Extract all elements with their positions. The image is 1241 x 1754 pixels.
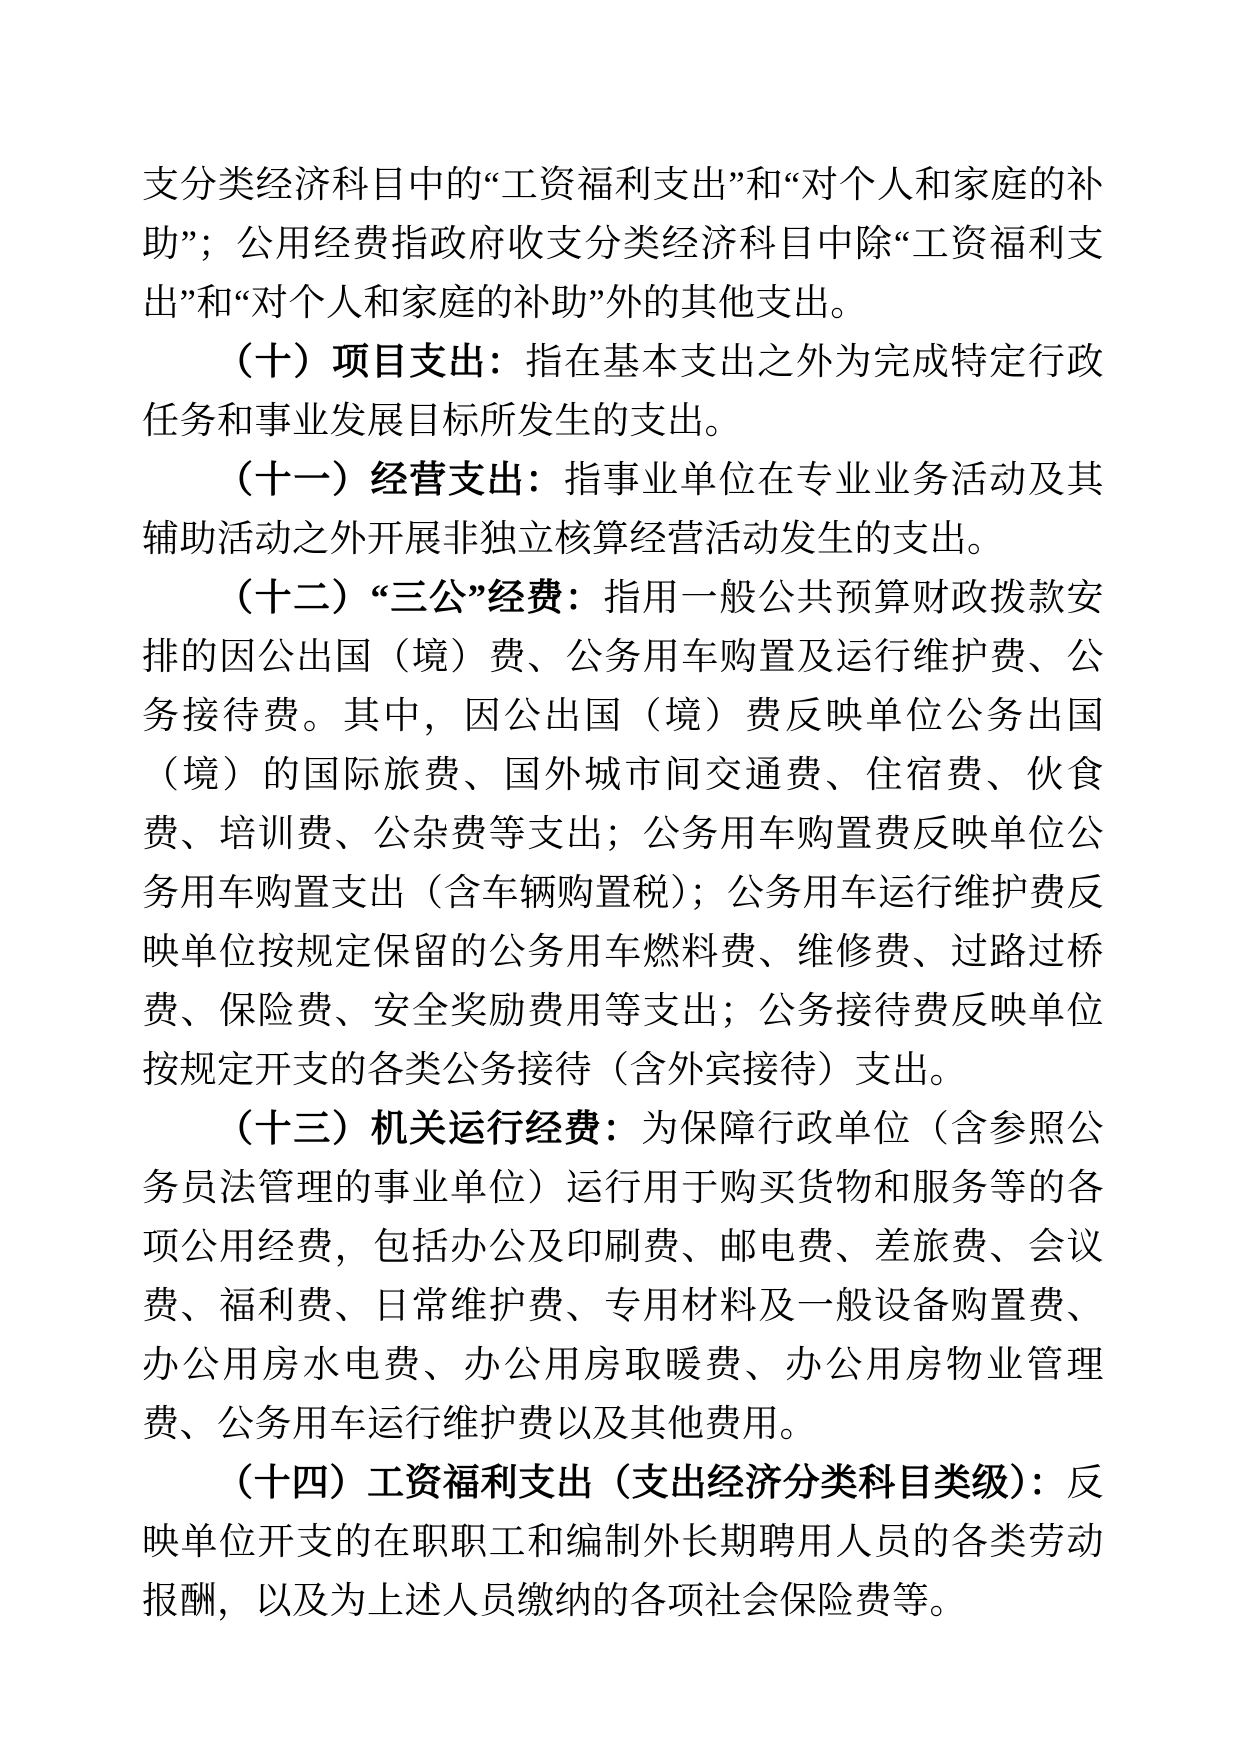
clause-text: 为保障行政单位（含参照公务员法管理的事业单位）运行用于购买货物和服务等的各项公用… — [142, 1109, 1104, 1445]
paragraph-clause-12: （十二）“三公”经费：指用一般公共预算财政拨款安排的因公出国（境）费、公务用车购… — [142, 569, 1104, 1100]
paragraph-clause-11: （十一）经营支出：指事业单位在专业业务活动及其辅助活动之外开展非独立核算经营活动… — [142, 451, 1104, 569]
clause-label: （十三）机关运行经费： — [216, 1109, 641, 1150]
clause-label: （十四）工资福利支出（支出经济分类科目类级）： — [216, 1463, 1067, 1504]
clause-text: 指用一般公共预算财政拨款安排的因公出国（境）费、公务用车购置及运行维护费、公务接… — [142, 578, 1104, 1091]
paragraph-clause-13: （十三）机关运行经费：为保障行政单位（含参照公务员法管理的事业单位）运行用于购买… — [142, 1100, 1104, 1454]
paragraph-continuation: 支分类经济科目中的“工资福利支出”和“对个人和家庭的补助”；公用经费指政府收支分… — [142, 156, 1104, 333]
clause-text: 支分类经济科目中的“工资福利支出”和“对个人和家庭的补助”；公用经费指政府收支分… — [142, 165, 1104, 324]
clause-label: （十）项目支出： — [216, 342, 525, 383]
document-page: 支分类经济科目中的“工资福利支出”和“对个人和家庭的补助”；公用经费指政府收支分… — [0, 0, 1241, 1754]
clause-label: （十二）“三公”经费： — [216, 578, 603, 619]
paragraph-clause-14: （十四）工资福利支出（支出经济分类科目类级）：反映单位开支的在职职工和编制外长期… — [142, 1454, 1104, 1631]
clause-label: （十一）经营支出： — [216, 460, 564, 501]
document-body: 支分类经济科目中的“工资福利支出”和“对个人和家庭的补助”；公用经费指政府收支分… — [142, 156, 1104, 1631]
paragraph-clause-10: （十）项目支出：指在基本支出之外为完成特定行政任务和事业发展目标所发生的支出。 — [142, 333, 1104, 451]
